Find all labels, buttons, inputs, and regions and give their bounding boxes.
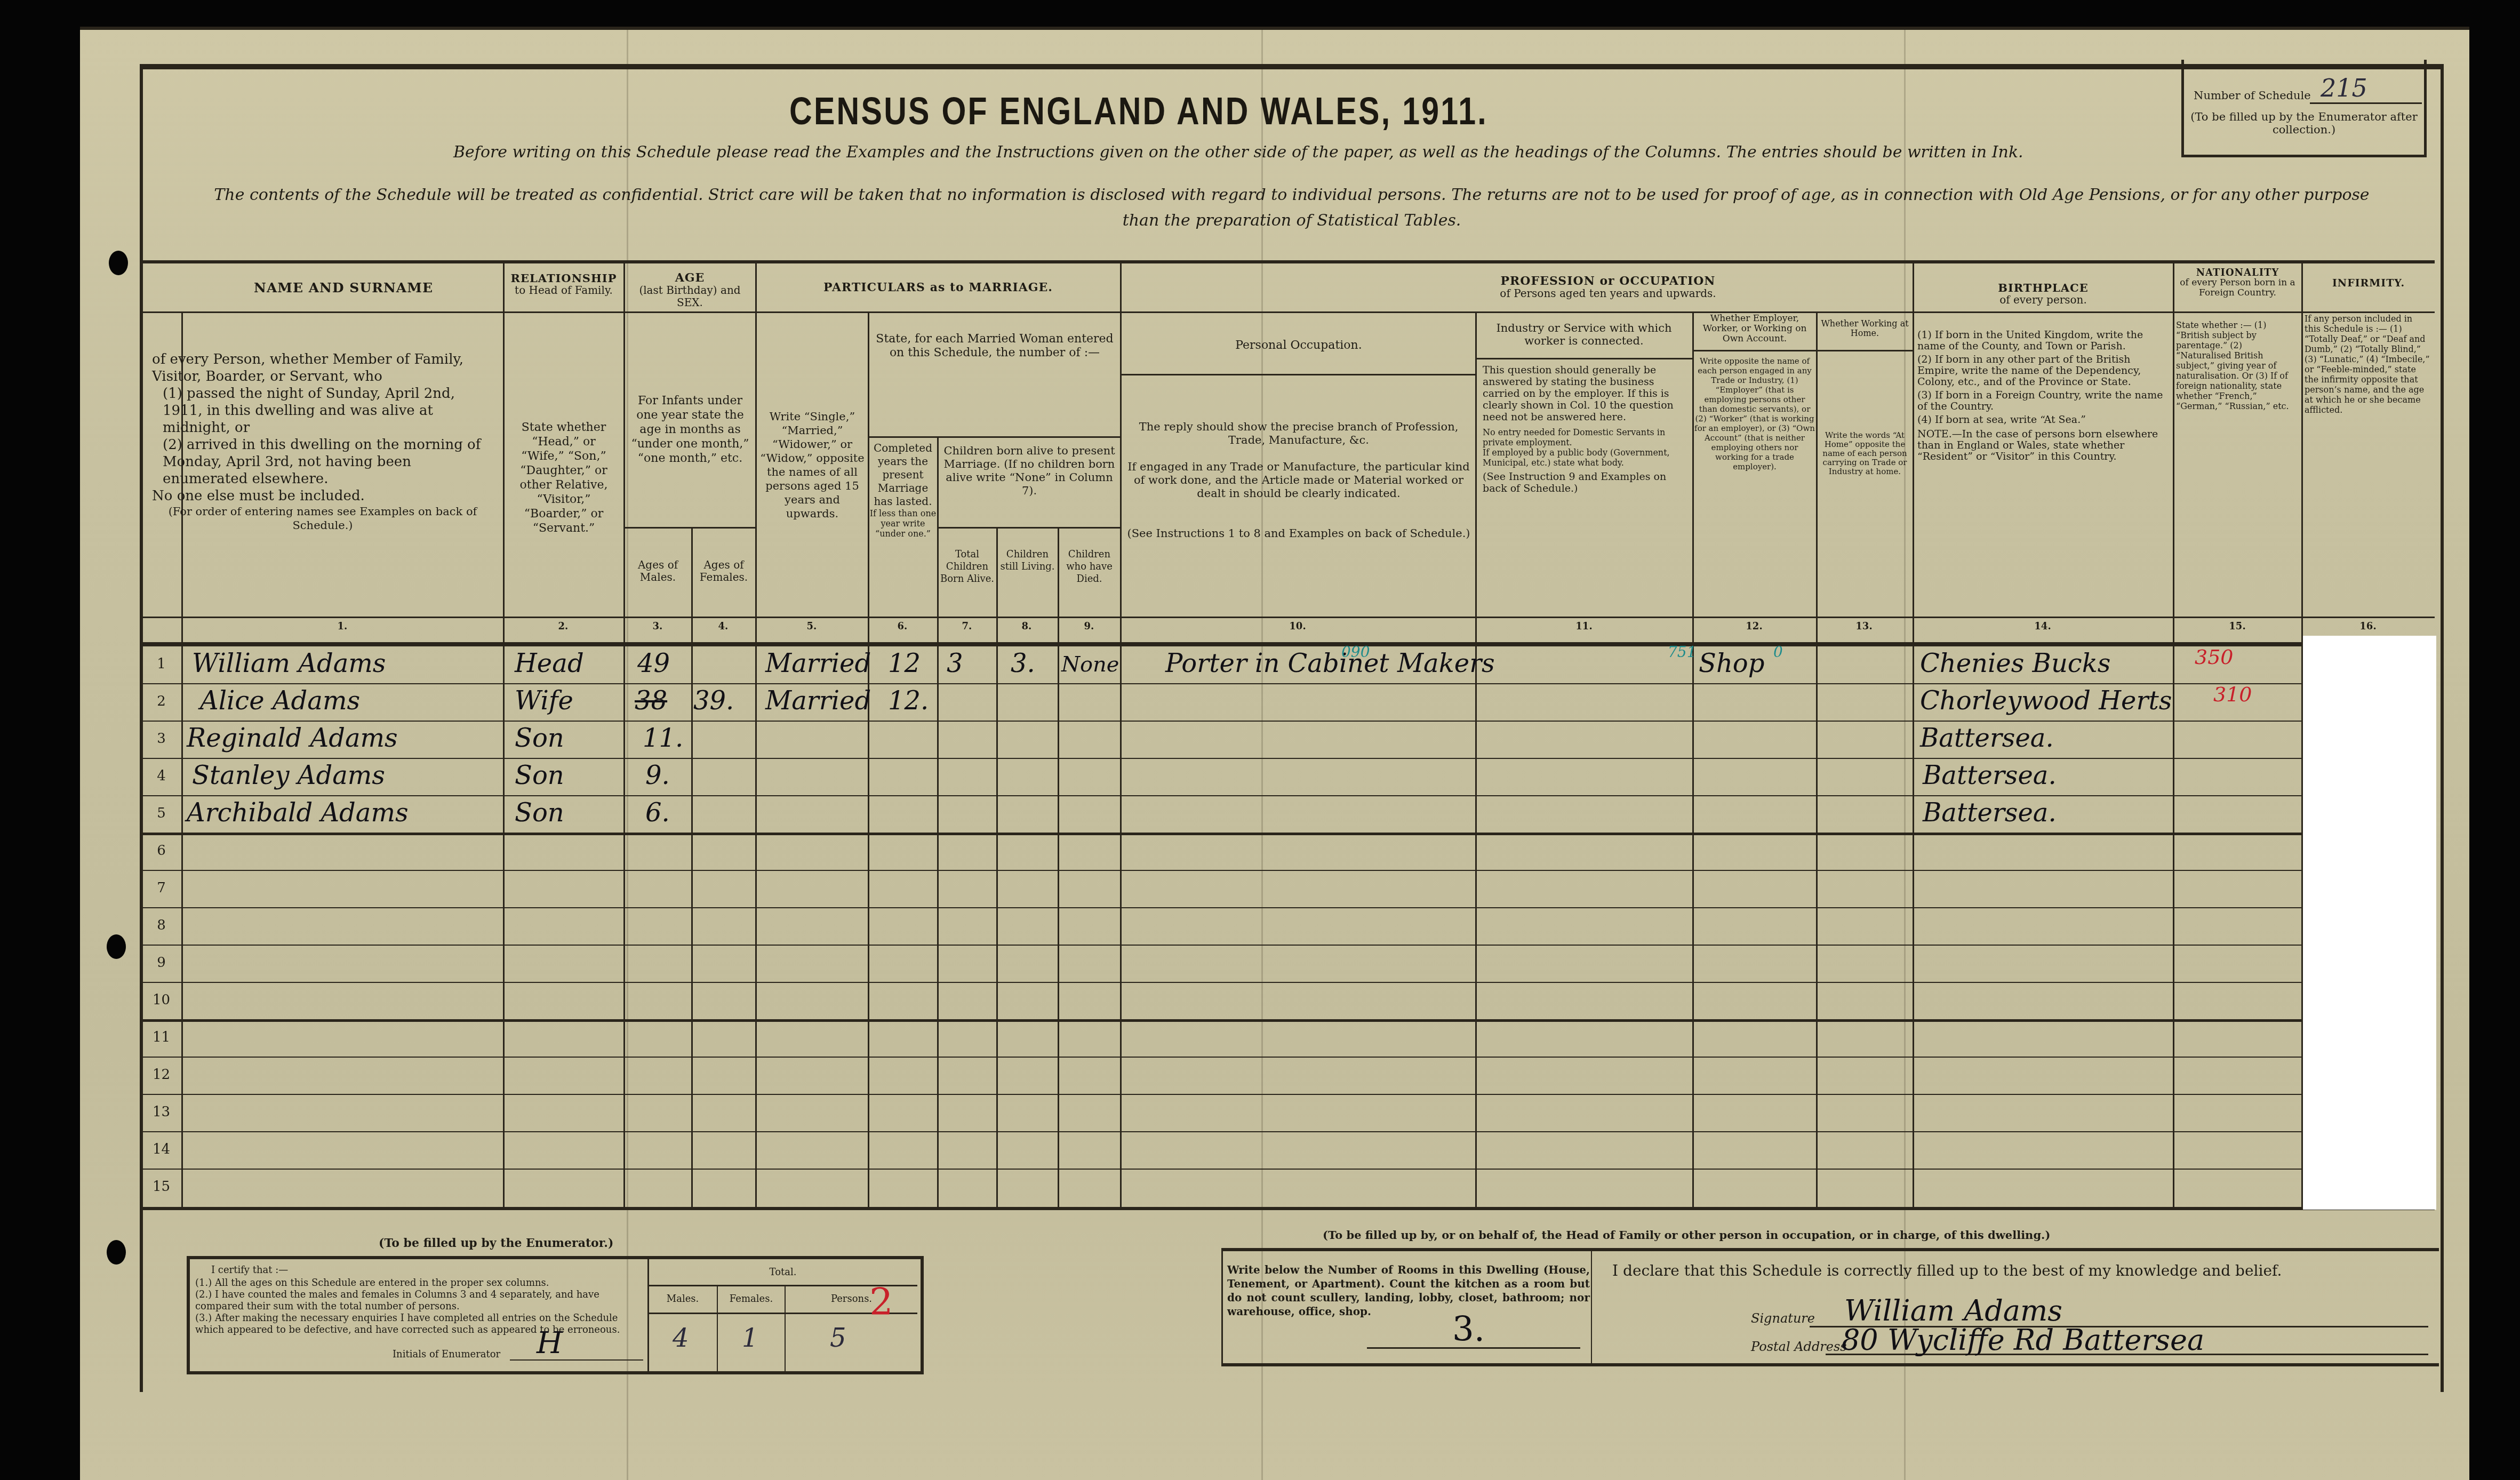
employer-cell[interactable]: Shop	[1699, 649, 1764, 678]
row-number: 15	[141, 1179, 181, 1195]
occupation-code: 090	[1341, 643, 1370, 661]
header-children-total: Total Children Born Alive.	[938, 548, 996, 585]
age-male-cell[interactable]: 11.	[643, 723, 683, 753]
name-cell[interactable]: Archibald Adams	[187, 798, 409, 828]
relationship-cell[interactable]: Wife	[515, 686, 573, 716]
row-number: 2	[141, 693, 181, 709]
occupation-cell[interactable]: Porter in Cabinet Makers	[1165, 649, 1495, 678]
schedule-number-note: (To be filled up by the Enumerator after…	[2189, 110, 2419, 136]
name-cell[interactable]: William Adams	[192, 649, 386, 678]
column-number: 3.	[647, 621, 668, 632]
females-label: Females.	[718, 1293, 785, 1305]
row-number: 10	[141, 992, 181, 1008]
header-home: Whether Working at Home.	[1817, 319, 1913, 338]
header-infirmity: INFIRMITY.	[2302, 277, 2435, 290]
redaction-block	[2303, 636, 2436, 1210]
children-total-cell[interactable]: 3	[947, 649, 963, 678]
row-number: 5	[141, 805, 181, 821]
header-age-females: Ages of Females.	[692, 559, 755, 583]
declaration-text: I declare that this Schedule is correctl…	[1612, 1262, 2282, 1279]
form-title: CENSUS OF ENGLAND AND WALES, 1911.	[789, 90, 1488, 133]
initials-line	[510, 1359, 643, 1361]
address-label: Postal Address	[1751, 1339, 1847, 1354]
total-females[interactable]: 1	[742, 1323, 758, 1353]
enumerator-heading: (To be filled up by the Enumerator.)	[379, 1236, 613, 1250]
birthplace-cell[interactable]: Chenies Bucks	[1920, 649, 2110, 678]
birthplace-cell[interactable]: Battersea.	[1923, 761, 2057, 790]
age-male-cell[interactable]: 38	[635, 686, 667, 716]
column-number: 13.	[1853, 621, 1875, 632]
row-number: 14	[141, 1141, 181, 1157]
red-tally-mark: 2	[869, 1280, 893, 1324]
confidential-line-2: than the preparation of Statistical Tabl…	[1123, 211, 1461, 230]
children-died-cell[interactable]: None	[1061, 652, 1119, 677]
header-industry: Industry or Service with which worker is…	[1477, 322, 1691, 347]
declaration-box: Write below the Number of Rooms in this …	[1221, 1248, 2439, 1366]
row-number: 3	[141, 731, 181, 747]
instruction-line: Before writing on this Schedule please r…	[453, 143, 2023, 162]
column-number: 6.	[892, 621, 913, 632]
condition-cell[interactable]: Married	[765, 649, 871, 678]
punch-hole	[107, 1240, 126, 1265]
name-cell[interactable]: Stanley Adams	[192, 761, 385, 790]
header-name-desc: of every Person, whether Member of Famil…	[152, 351, 493, 532]
name-cell[interactable]: Reginald Adams	[187, 723, 398, 753]
header-age-desc: For Infants under one year state the age…	[627, 394, 754, 466]
rooms-count[interactable]: 3.	[1452, 1310, 1485, 1349]
relationship-cell[interactable]: Son	[515, 798, 564, 828]
header-home-desc: Write the words “At Home” opposite the n…	[1818, 431, 1911, 476]
years-married-cell[interactable]: 12	[888, 649, 921, 678]
row-number: 9	[141, 955, 181, 971]
header-nationality-desc: State whether :— (1) “British subject by…	[2176, 320, 2299, 411]
header-age: AGE (last Birthday) and SEX.	[625, 272, 755, 309]
column-number: 15.	[2227, 621, 2248, 632]
header-relationship: RELATIONSHIP to Head of Family.	[504, 272, 623, 297]
column-number: 5.	[801, 621, 822, 632]
header-personal-desc: The reply should show the precise branch…	[1125, 420, 1472, 540]
relationship-cell[interactable]: Son	[515, 723, 564, 753]
column-number: 9.	[1078, 621, 1100, 632]
head-of-family-heading: (To be filled up by, or on behalf of, th…	[1323, 1228, 2050, 1242]
schedule-number-value[interactable]: 215	[2310, 74, 2422, 104]
row-number: 1	[141, 656, 181, 672]
address-value[interactable]: 80 Wycliffe Rd Battersea	[1842, 1323, 2204, 1357]
header-industry-desc: This question should generally be answer…	[1483, 364, 1685, 494]
birthplace-code: 350	[2195, 645, 2234, 669]
schedule-number-label: Number of Schedule	[2194, 89, 2311, 102]
confidential-line-1: The contents of the Schedule will be tre…	[214, 186, 2369, 204]
employer-code: 0	[1773, 643, 1783, 661]
column-number: 12.	[1743, 621, 1765, 632]
punch-hole	[107, 934, 126, 959]
header-occupation: PROFESSION or OCCUPATION of Persons aged…	[1315, 275, 1901, 300]
age-male-cell[interactable]: 6.	[645, 798, 670, 828]
header-marriage-condition: Write “Single,” “Married,” “Widower,” or…	[759, 410, 866, 521]
relationship-cell[interactable]: Head	[515, 649, 584, 678]
header-married-woman: State, for each Married Woman entered on…	[872, 332, 1117, 360]
header-name: NAME AND SURNAME	[184, 282, 503, 294]
header-age-males: Ages of Males.	[625, 559, 691, 583]
condition-cell[interactable]: Married	[765, 686, 871, 716]
header-infirmity-desc: If any person included in this Schedule …	[2305, 314, 2430, 415]
enumerator-box: I certify that :— (1.) All the ages on t…	[187, 1256, 924, 1374]
header-children-living: Children still Living.	[997, 548, 1058, 573]
header-personal-occupation: Personal Occupation.	[1123, 339, 1475, 351]
header-employer-desc: Write opposite the name of each person e…	[1694, 356, 1815, 471]
certify-label: I certify that :—	[211, 1265, 288, 1276]
row-number: 12	[141, 1067, 181, 1083]
column-number: 7.	[956, 621, 978, 632]
confidential-notice: The contents of the Schedule will be tre…	[172, 182, 2412, 234]
signature-label: Signature	[1751, 1311, 1815, 1326]
census-table: NAME AND SURNAME of every Person, whethe…	[141, 260, 2435, 1210]
header-children-born: Children born alive to present Marriage.…	[939, 444, 1119, 498]
total-males[interactable]: 4	[673, 1323, 689, 1353]
row-number: 6	[141, 843, 181, 859]
row-number: 11	[141, 1029, 181, 1045]
age-female-cell[interactable]: 39.	[693, 686, 734, 716]
column-number: 11.	[1573, 621, 1595, 632]
row-number: 8	[141, 917, 181, 933]
enumerator-initials[interactable]: H	[537, 1326, 563, 1361]
initials-label: Initials of Enumerator	[393, 1349, 500, 1361]
header-marriage: PARTICULARS as to MARRIAGE.	[756, 282, 1120, 294]
birthplace-code: 310	[2213, 683, 2252, 706]
header-relationship-desc: State whether “Head,” or “Wife,” “Son,” …	[510, 420, 617, 535]
relationship-cell[interactable]: Son	[515, 761, 564, 790]
header-birthplace: BIRTHPLACE of every person.	[1914, 282, 2173, 306]
punch-hole	[109, 251, 128, 275]
row-number: 13	[141, 1104, 181, 1120]
birthplace-cell[interactable]: Battersea.	[1923, 798, 2057, 828]
children-living-cell[interactable]: 3.	[1011, 649, 1035, 678]
row-number: 7	[141, 880, 181, 896]
header-birthplace-desc: (1) If born in the United Kingdom, write…	[1917, 330, 2168, 462]
rooms-instruction: Write below the Number of Rooms in this …	[1227, 1263, 1590, 1318]
birthplace-cell[interactable]: Chorleywood Herts	[1920, 686, 2172, 716]
column-number: 4.	[713, 621, 734, 632]
header-years-married: Completed years the present Marriage has…	[869, 442, 937, 539]
schedule-number-box: Number of Schedule 215 (To be filled up …	[2181, 60, 2427, 157]
signature-value[interactable]: William Adams	[1844, 1294, 2062, 1327]
header-employer: Whether Employer, Worker, or Working on …	[1693, 314, 1816, 344]
industry-code: 751	[1668, 643, 1696, 661]
column-number: 10.	[1287, 621, 1308, 632]
age-male-cell[interactable]: 9.	[645, 761, 670, 790]
column-number: 16.	[2357, 621, 2379, 632]
years-married-cell[interactable]: 12.	[888, 686, 929, 716]
total-persons[interactable]: 5	[830, 1323, 846, 1353]
birthplace-cell[interactable]: Battersea.	[1920, 723, 2054, 753]
name-cell[interactable]: Alice Adams	[200, 686, 360, 716]
males-label: Males.	[649, 1293, 717, 1305]
column-number: 8.	[1016, 621, 1037, 632]
persons-label: Persons.	[786, 1293, 917, 1305]
header-nationality: NATIONALITY of every Person born in a Fo…	[2174, 268, 2301, 298]
header-children-died: Children who have Died.	[1059, 548, 1120, 585]
column-number: 2.	[553, 621, 574, 632]
age-male-cell[interactable]: 49	[637, 649, 670, 678]
row-number: 4	[141, 768, 181, 784]
total-label: Total.	[649, 1267, 917, 1278]
column-number: 14.	[2032, 621, 2053, 632]
column-number: 1.	[332, 621, 353, 632]
